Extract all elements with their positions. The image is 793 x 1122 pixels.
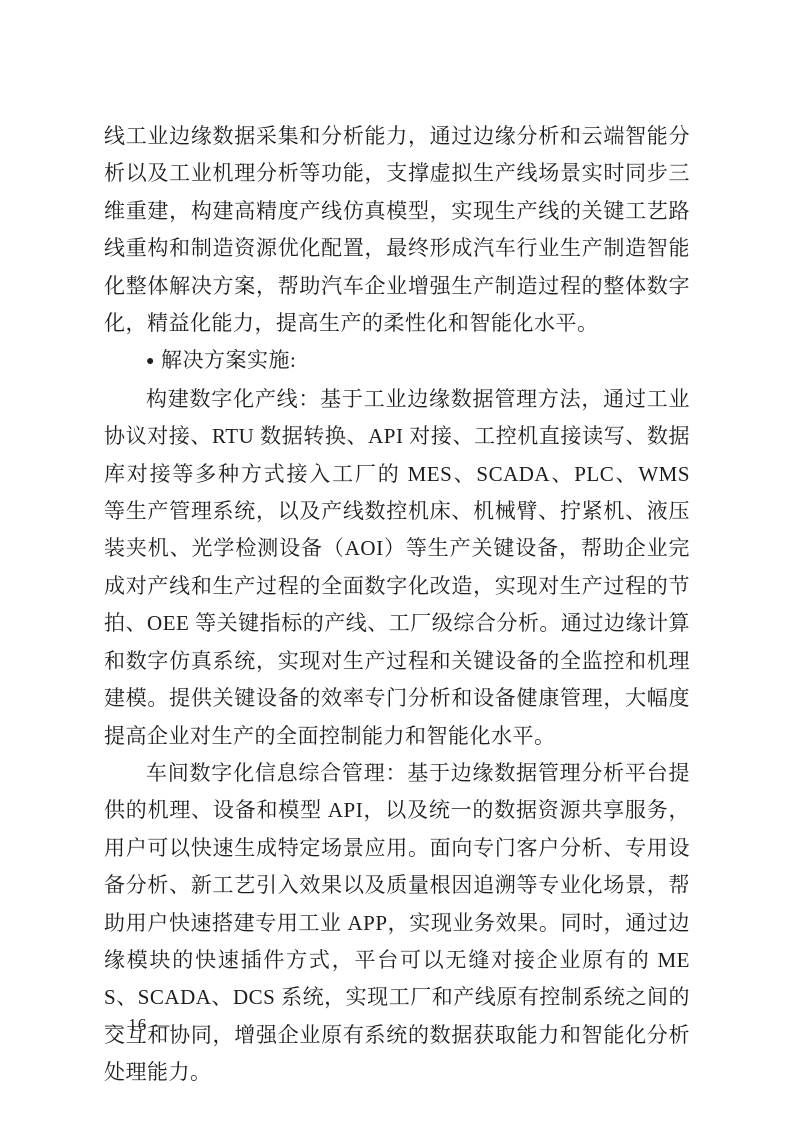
- document-page: 线工业边缘数据采集和分析能力，通过边缘分析和云端智能分析以及工业机理分析等功能，…: [0, 0, 793, 1122]
- page-footer: — 16 —: [105, 1015, 171, 1035]
- paragraph-continuation: 线工业边缘数据采集和分析能力，通过边缘分析和云端智能分析以及工业机理分析等功能，…: [104, 118, 690, 342]
- page-number: — 16 —: [105, 1015, 171, 1034]
- paragraph-digital-production-line: 构建数字化产线：基于工业边缘数据管理方法，通过工业协议对接、RTU 数据转换、A…: [104, 381, 690, 755]
- bullet-heading-line: ●解决方案实施:: [104, 342, 690, 380]
- bullet-icon: ●: [146, 343, 155, 380]
- paragraph-workshop-information-management: 车间数字化信息综合管理：基于边缘数据管理分析平台提供的机理、设备和模型 API，…: [104, 755, 690, 1092]
- document-body: 线工业边缘数据采集和分析能力，通过边缘分析和云端智能分析以及工业机理分析等功能，…: [104, 118, 690, 1092]
- bullet-heading-text: 解决方案实施:: [161, 348, 296, 372]
